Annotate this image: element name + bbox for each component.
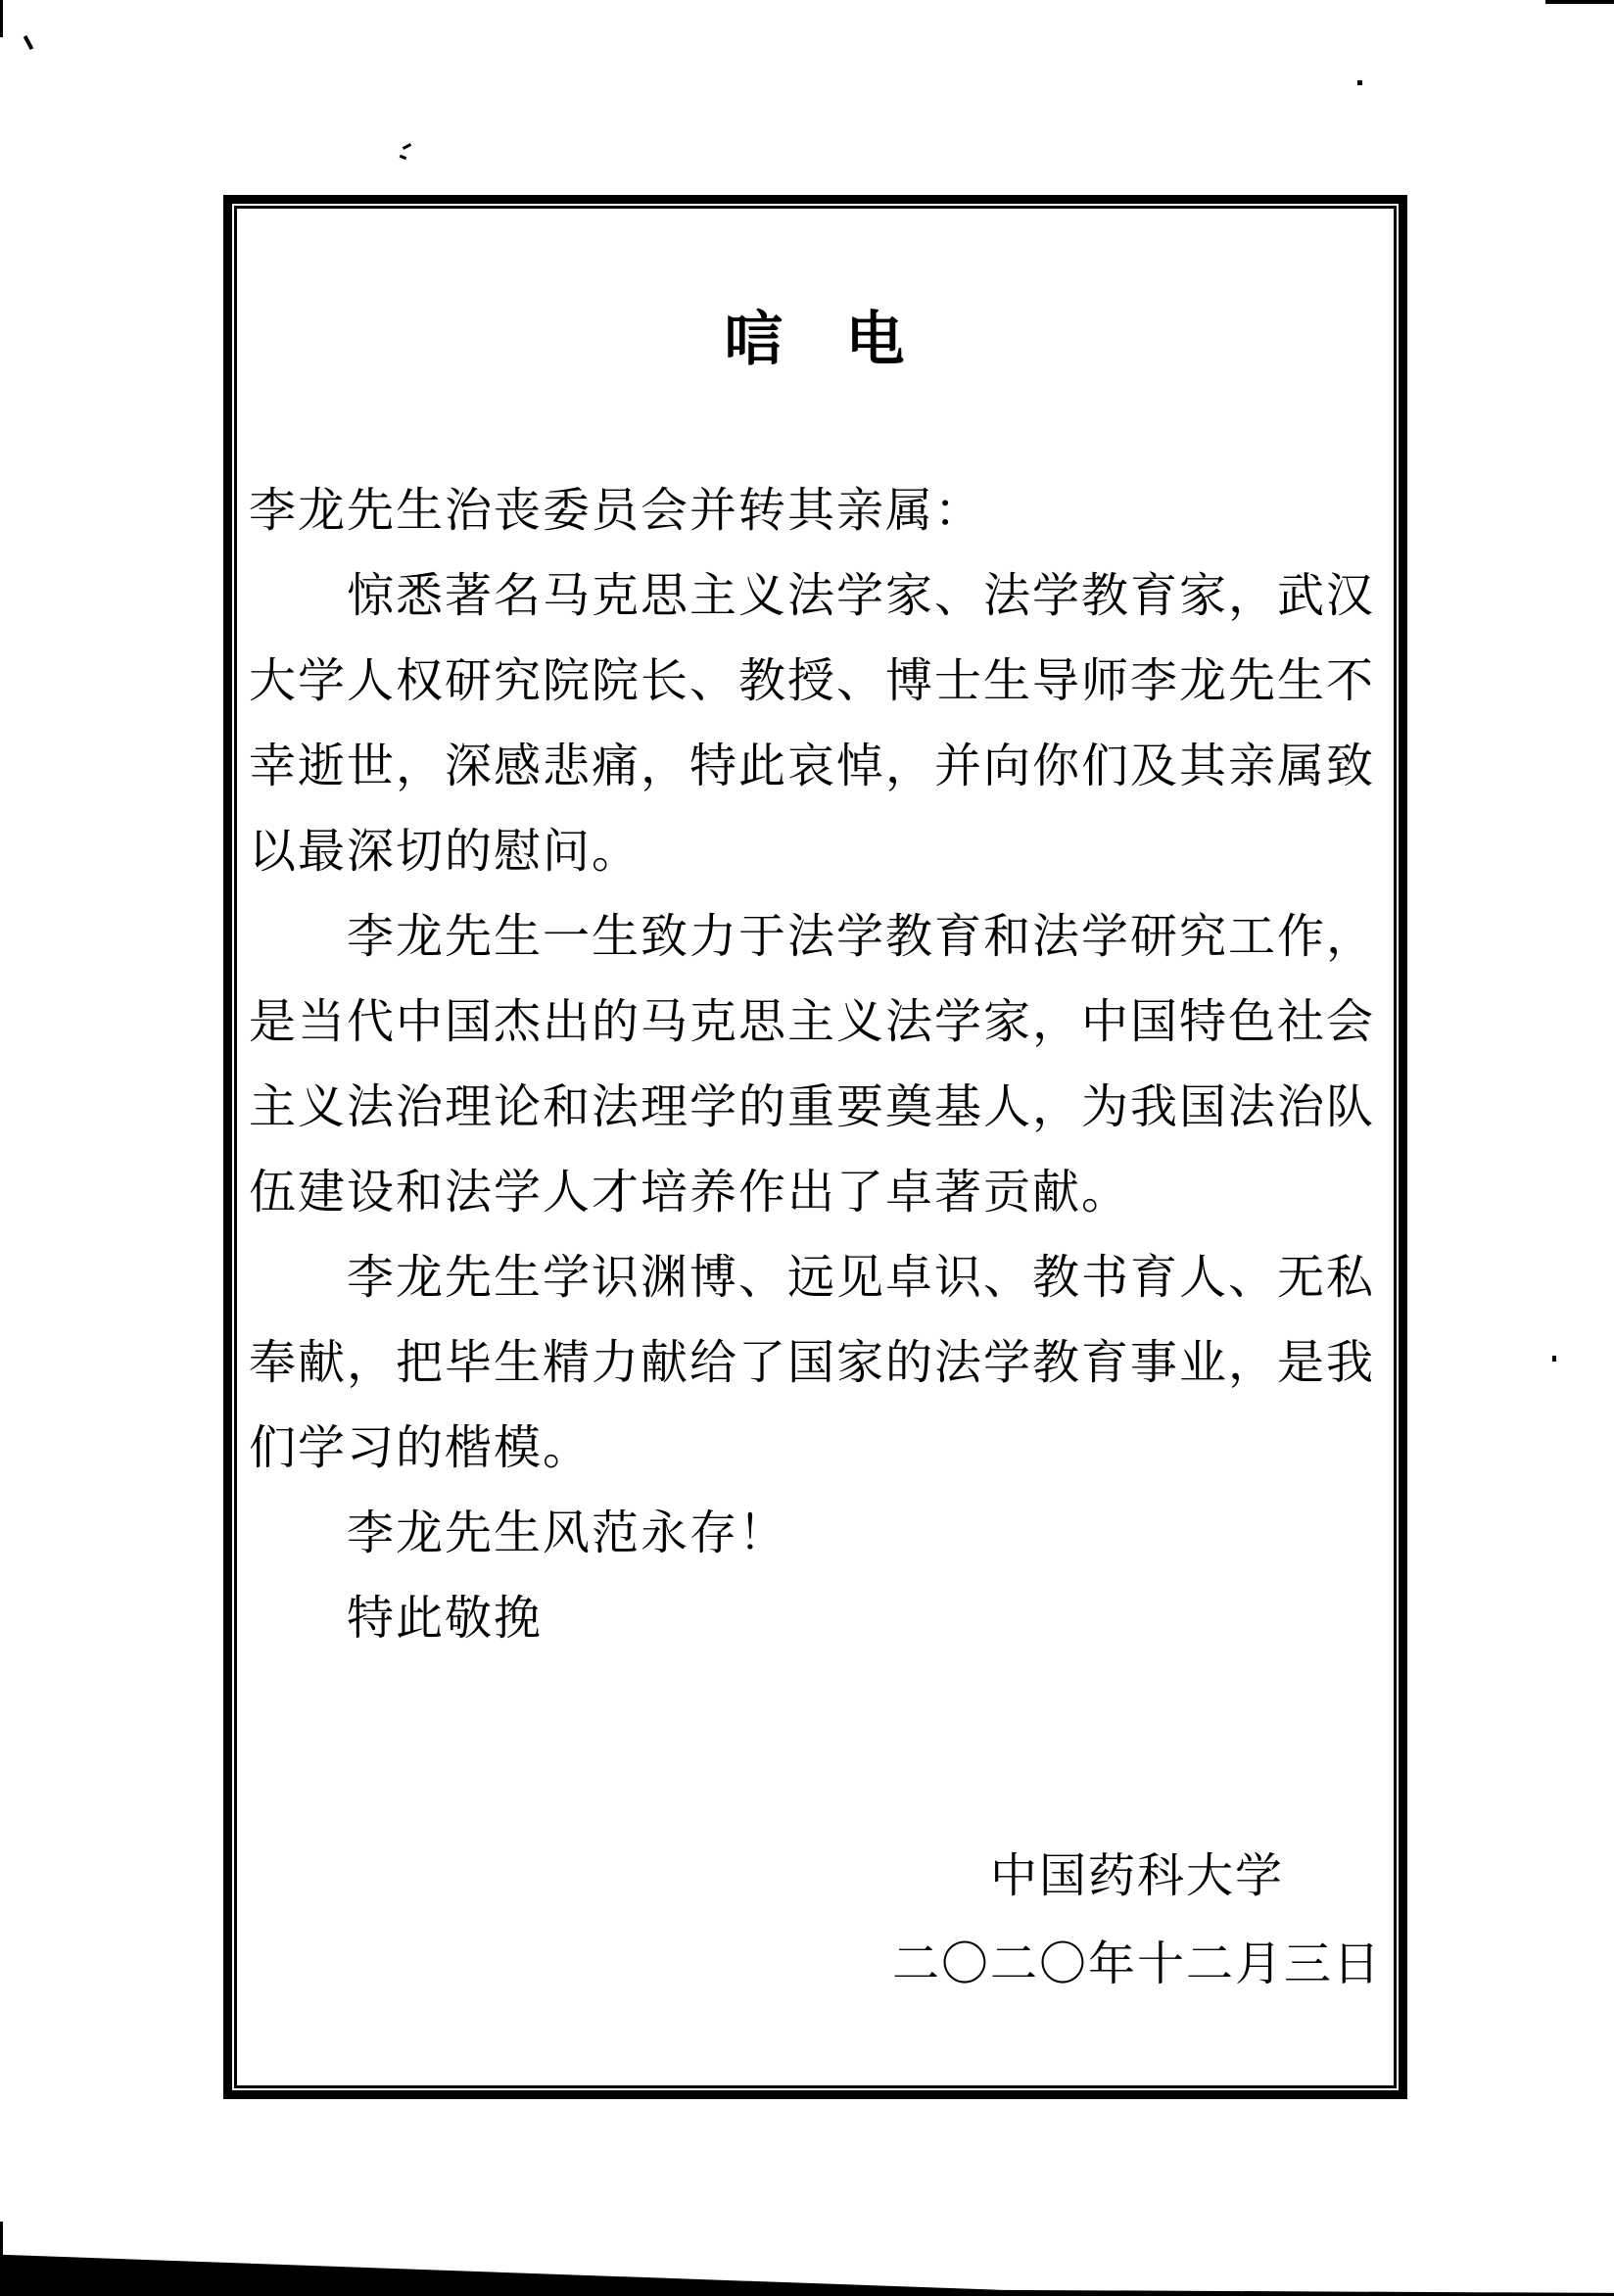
telegram-outer-border: 唁 电 李龙先生治丧委员会并转其亲属：惊悉著名马克思主义法学家、法学教育家，武汉… bbox=[223, 195, 1407, 2099]
body-line: 主义法治理论和法理学的重要奠基人，为我国法治队 bbox=[249, 1065, 1382, 1150]
scan-speck-top-right-dash bbox=[1545, 0, 1614, 4]
body-line: 李龙先生风范永存！ bbox=[249, 1491, 1382, 1576]
telegram-inner-border: 唁 电 李龙先生治丧委员会并转其亲属：惊悉著名马克思主义法学家、法学教育家，武汉… bbox=[234, 206, 1397, 2088]
scan-artifact-bottom-wedge bbox=[0, 2253, 1614, 2296]
body-line: 大学人权研究院院长、教授、博士生导师李龙先生不 bbox=[249, 639, 1382, 724]
scan-speck-bottom-left-sliver bbox=[0, 2222, 3, 2257]
telegram-content: 唁 电 李龙先生治丧委员会并转其亲属：惊悉著名马克思主义法学家、法学教育家，武汉… bbox=[237, 209, 1394, 2085]
signature-org: 中国药科大学 bbox=[892, 1833, 1382, 1921]
telegram-title: 唁 电 bbox=[249, 309, 1382, 370]
body-line: 李龙先生一生致力于法学教育和法学研究工作， bbox=[249, 894, 1382, 980]
body-line: 幸逝世，深感悲痛，特此哀悼，并向你们及其亲属致 bbox=[249, 724, 1382, 809]
body-line: 是当代中国杰出的马克思主义法学家，中国特色社会 bbox=[249, 980, 1382, 1065]
scan-speck-top-left-sliver bbox=[0, 0, 3, 37]
body-line: 伍建设和法学人才培养作出了卓著贡献。 bbox=[249, 1150, 1382, 1235]
scan-speck-squiggle-a bbox=[403, 143, 411, 150]
body-line: 特此敬挽 bbox=[249, 1576, 1382, 1661]
scan-speck-top-left-slash bbox=[24, 35, 34, 50]
body-line: 惊悉著名马克思主义法学家、法学教育家，武汉 bbox=[249, 553, 1382, 639]
body-line: 们学习的楷模。 bbox=[249, 1406, 1382, 1491]
body-line: 李龙先生治丧委员会并转其亲属： bbox=[249, 468, 1382, 553]
telegram-body: 李龙先生治丧委员会并转其亲属：惊悉著名马克思主义法学家、法学教育家，武汉大学人权… bbox=[249, 468, 1382, 1661]
scanned-page: 唁 电 李龙先生治丧委员会并转其亲属：惊悉著名马克思主义法学家、法学教育家，武汉… bbox=[0, 0, 1614, 2296]
scan-speck-right-dot bbox=[1552, 1356, 1556, 1362]
body-line: 以最深切的慰问。 bbox=[249, 809, 1382, 894]
scan-speck-squiggle-b bbox=[400, 155, 407, 160]
scan-speck-upper-right-dot bbox=[1357, 80, 1362, 85]
signature-block: 中国药科大学 二〇二〇年十二月三日 bbox=[892, 1833, 1382, 2009]
body-line: 奉献，把毕生精力献给了国家的法学教育事业，是我 bbox=[249, 1320, 1382, 1406]
signature-area: 中国药科大学 二〇二〇年十二月三日 bbox=[249, 1833, 1382, 2009]
signature-date: 二〇二〇年十二月三日 bbox=[892, 1921, 1382, 2009]
body-line: 李龙先生学识渊博、远见卓识、教书育人、无私 bbox=[249, 1235, 1382, 1320]
